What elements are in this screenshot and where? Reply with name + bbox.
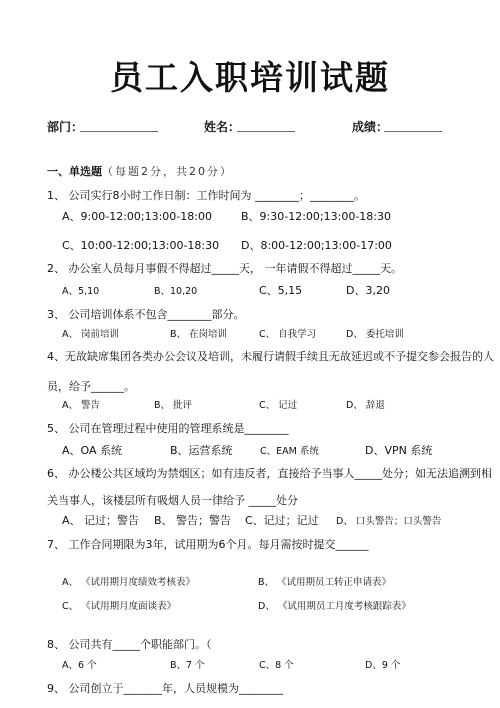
q5-option-a[interactable]: A、OA 系统 <box>62 442 122 458</box>
q6-option-c[interactable]: C、记过；记过 <box>245 512 319 528</box>
department-field[interactable] <box>80 131 158 132</box>
question-1: 1、 公司实行8小时工作日制：工作时间为 ________；________。 <box>47 187 365 203</box>
question-6-line-1: 6、 办公楼公共区域均为禁烟区；如有违反者，直接给予当事人_____处分；如无法… <box>47 465 492 481</box>
section-heading: 一、单选题（每题2分，共20分） <box>47 163 233 179</box>
question-5: 5、 公司在管理过程中使用的管理系统是________ <box>47 420 289 436</box>
q8-option-c[interactable]: C、8 个 <box>259 657 294 671</box>
q8-option-d[interactable]: D、9 个 <box>365 657 400 671</box>
name-field[interactable] <box>237 131 295 132</box>
q2-option-a[interactable]: A、5,10 <box>62 283 99 297</box>
question-9: 9、 公司创立于_______年，人员规模为________ <box>47 680 283 696</box>
question-4-line-1: 4、无故缺席集团各类办公会议及培训，未履行请假手续且无故延迟或不予提交参会报告的… <box>47 348 494 364</box>
section-points: （每题2分，共20分） <box>102 165 233 178</box>
q7-option-b[interactable]: B、 《试用期员工转正申请表》 <box>258 574 391 588</box>
question-6-line-2: 关当事人，该楼层所有吸烟人员一律给予 _____处分 <box>47 492 298 508</box>
page-title: 员工入职培训试题 <box>0 52 500 99</box>
q7-option-d[interactable]: D、 《试用期员工月度考核跟踪表》 <box>258 598 411 612</box>
q3-option-c[interactable]: C、 自我学习 <box>259 326 316 340</box>
q8-option-b[interactable]: B、7 个 <box>170 657 205 671</box>
question-2: 2、 办公室人员每月事假不得超过_____天， 一年请假不得超过_____天。 <box>47 260 402 276</box>
q2-option-c[interactable]: C、5,15 <box>259 282 302 298</box>
section-title: 一、单选题 <box>47 165 102 178</box>
question-3: 3、 公司培训体系不包含________部分。 <box>47 306 245 322</box>
q1-option-d[interactable]: D、8:00-12:00;13:00-17:00 <box>241 237 392 253</box>
q4-option-d[interactable]: D、 辞退 <box>346 397 385 411</box>
q4-option-b[interactable]: B、 批评 <box>154 397 192 411</box>
q6-option-a[interactable]: A、 记过；警告 <box>62 512 139 528</box>
q3-option-b[interactable]: B、 在岗培训 <box>170 326 227 340</box>
q2-option-b[interactable]: B、10,20 <box>154 283 197 297</box>
q1-option-c[interactable]: C、10:00-12:00;13:00-18:30 <box>62 237 219 253</box>
question-8: 8、 公司共有_____个职能部门。（ <box>47 636 212 652</box>
q5-option-c[interactable]: C、EAM 系统 <box>260 443 319 457</box>
q2-option-d[interactable]: D、3,20 <box>346 282 390 298</box>
name-label: 姓名： <box>204 118 240 135</box>
q6-option-d[interactable]: D、 口头警告；口头警告 <box>336 513 441 527</box>
score-label: 成绩： <box>352 118 388 135</box>
q8-option-a[interactable]: A、6 个 <box>62 657 97 671</box>
q4-option-a[interactable]: A、 警告 <box>62 397 100 411</box>
q6-option-b[interactable]: B、 警告；警告 <box>154 512 231 528</box>
q1-option-b[interactable]: B、9:30-12:00;13:00-18:30 <box>241 208 391 224</box>
q5-option-b[interactable]: B、运营系统 <box>170 442 233 458</box>
q4-option-c[interactable]: C、 记过 <box>259 397 297 411</box>
q1-option-a[interactable]: A、9:00-12:00;13:00-18:00 <box>62 208 212 224</box>
q3-option-d[interactable]: D、 委托培训 <box>346 326 404 340</box>
department-label: 部门： <box>47 118 83 135</box>
question-4-line-2: 员，给予______。 <box>47 378 135 394</box>
q3-option-a[interactable]: A、 岗前培训 <box>62 326 119 340</box>
q5-option-d[interactable]: D、VPN 系统 <box>365 442 432 458</box>
score-field[interactable] <box>384 131 442 132</box>
question-7: 7、 工作合同期限为3年，试用期为6个月。每月需按时提交______ <box>47 536 369 552</box>
q7-option-a[interactable]: A、 《试用期月度绩效考核表》 <box>62 574 195 588</box>
q7-option-c[interactable]: C、 《试用期月度面谈表》 <box>62 598 176 612</box>
